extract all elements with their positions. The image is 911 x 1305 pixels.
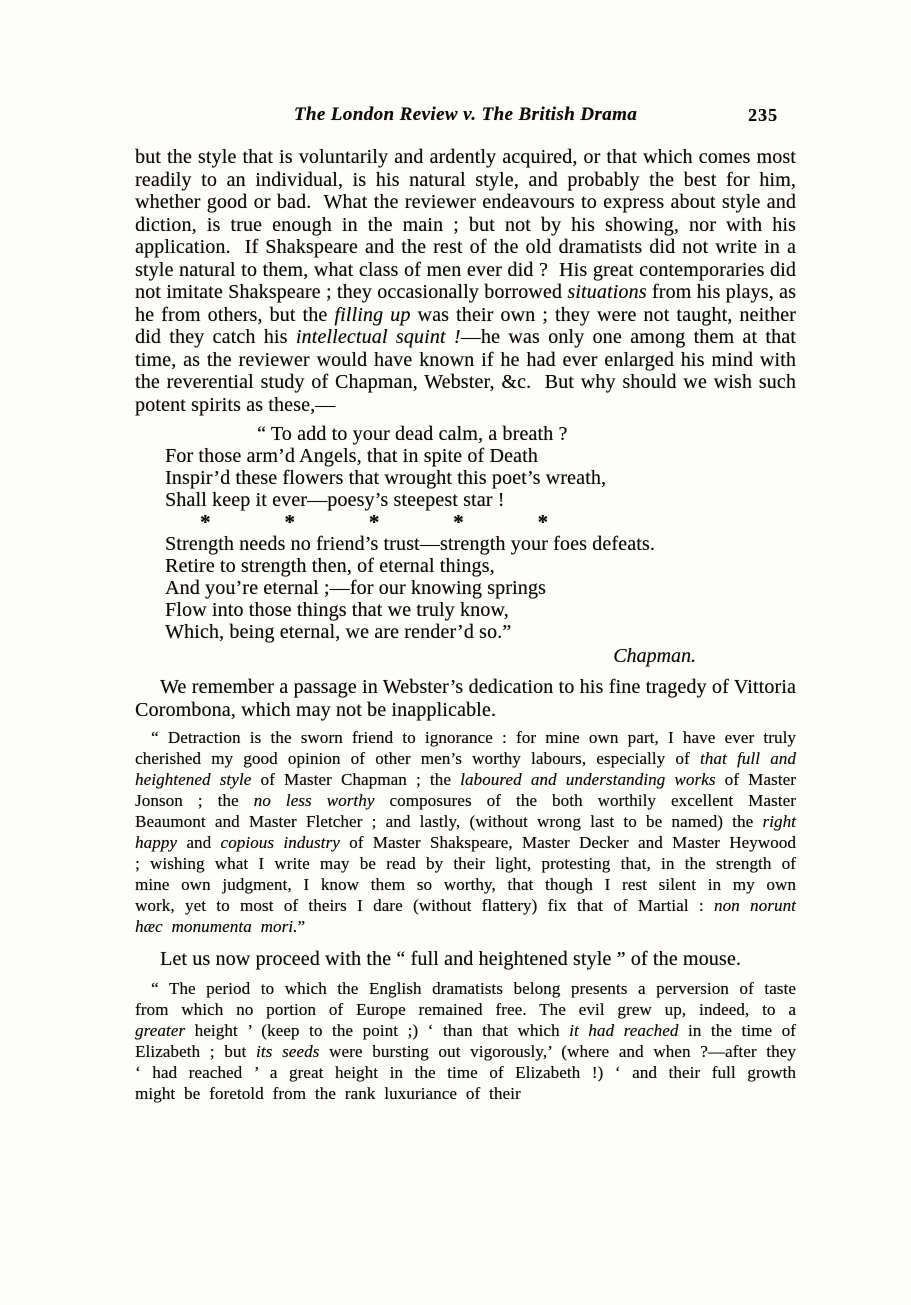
paragraph-webster-dedication: We remember a passage in Webster’s dedic… bbox=[135, 676, 796, 721]
running-title: The London Review v. The British Drama bbox=[294, 104, 637, 125]
text-segment: We remember a passage in Webster’s dedic… bbox=[135, 676, 796, 721]
italic-text-segment: greater bbox=[135, 1021, 185, 1040]
text-segment: and bbox=[177, 833, 220, 852]
asterisk: * bbox=[453, 512, 464, 532]
asterisk: * bbox=[284, 512, 295, 532]
asterisk-separator: * * * * * bbox=[200, 512, 548, 532]
verse-line: Which, being eternal, we are render’d so… bbox=[165, 621, 796, 643]
book-page: The London Review v. The British Drama 2… bbox=[0, 0, 911, 1305]
running-header: The London Review v. The British Drama 2… bbox=[135, 104, 796, 125]
verse-line: Inspir’d these flowers that wrought this… bbox=[165, 467, 796, 489]
text-segment: of Master Chapman ; the bbox=[251, 770, 460, 789]
verse-attribution: Chapman. bbox=[135, 645, 796, 667]
text-segment: Retire to strength then, of eternal thin… bbox=[165, 555, 495, 577]
text-segment: but the style that is voluntarily and ar… bbox=[135, 146, 796, 303]
italic-text-segment: no less worthy bbox=[254, 791, 375, 810]
text-segment: Which, being eternal, we are render’d so… bbox=[165, 621, 511, 643]
italic-text-segment: its seeds bbox=[256, 1042, 319, 1061]
text-segment: “ To add to your dead calm, a breath ? bbox=[257, 423, 567, 445]
text-segment: ” bbox=[297, 917, 305, 936]
text-segment: For those arm’d Angels, that in spite of… bbox=[165, 445, 538, 467]
italic-text-segment: filling up bbox=[334, 304, 410, 326]
asterisk: * bbox=[369, 512, 380, 532]
verse-line: Strength needs no friend’s trust—strengt… bbox=[165, 533, 796, 555]
page-number: 235 bbox=[748, 105, 778, 126]
text-segment: And you’re eternal ;—for our knowing spr… bbox=[165, 577, 546, 599]
verse-stanza-2: Strength needs no friend’s trust—strengt… bbox=[135, 533, 796, 643]
text-segment: Strength needs no friend’s trust—strengt… bbox=[165, 533, 655, 555]
verse-line: For those arm’d Angels, that in spite of… bbox=[165, 445, 796, 467]
verse-line: Retire to strength then, of eternal thin… bbox=[165, 555, 796, 577]
quotation-period-dramatists: “ The period to which the English dramat… bbox=[135, 978, 796, 1104]
paragraph-natural-style: but the style that is voluntarily and ar… bbox=[135, 146, 796, 416]
text-column: The London Review v. The British Drama 2… bbox=[135, 104, 796, 1104]
text-segment: “ The period to which the English dramat… bbox=[135, 979, 796, 1019]
italic-text-segment: intellectual squint ! bbox=[296, 326, 461, 348]
text-segment: “ Detraction is the sworn friend to igno… bbox=[135, 728, 796, 768]
verse-line: Flow into those things that we truly kno… bbox=[165, 599, 796, 621]
italic-text-segment: situations bbox=[567, 281, 646, 303]
text-segment: Let us now proceed with the “ full and h… bbox=[160, 948, 741, 970]
verse-stanza-1: “ To add to your dead calm, a breath ? F… bbox=[135, 423, 796, 511]
italic-text-segment: copious industry bbox=[220, 833, 339, 852]
italic-text-segment: laboured and understanding works bbox=[460, 770, 715, 789]
paragraph-proceed-mouse: Let us now proceed with the “ full and h… bbox=[135, 948, 796, 971]
quotation-webster-detraction: “ Detraction is the sworn friend to igno… bbox=[135, 727, 796, 937]
text-segment: Inspir’d these flowers that wrought this… bbox=[165, 467, 606, 489]
asterisk: * bbox=[200, 512, 211, 532]
verse-line: “ To add to your dead calm, a breath ? bbox=[165, 423, 796, 445]
verse-line: Shall keep it ever—poesy’s steepest star… bbox=[165, 489, 796, 511]
text-segment: Shall keep it ever—poesy’s steepest star… bbox=[165, 489, 505, 511]
asterisk: * bbox=[538, 512, 549, 532]
text-segment: Flow into those things that we truly kno… bbox=[165, 599, 509, 621]
italic-text-segment: it had reached bbox=[569, 1021, 678, 1040]
text-segment: height ’ (keep to the point ;) ‘ than th… bbox=[185, 1021, 569, 1040]
verse-line: And you’re eternal ;—for our knowing spr… bbox=[165, 577, 796, 599]
